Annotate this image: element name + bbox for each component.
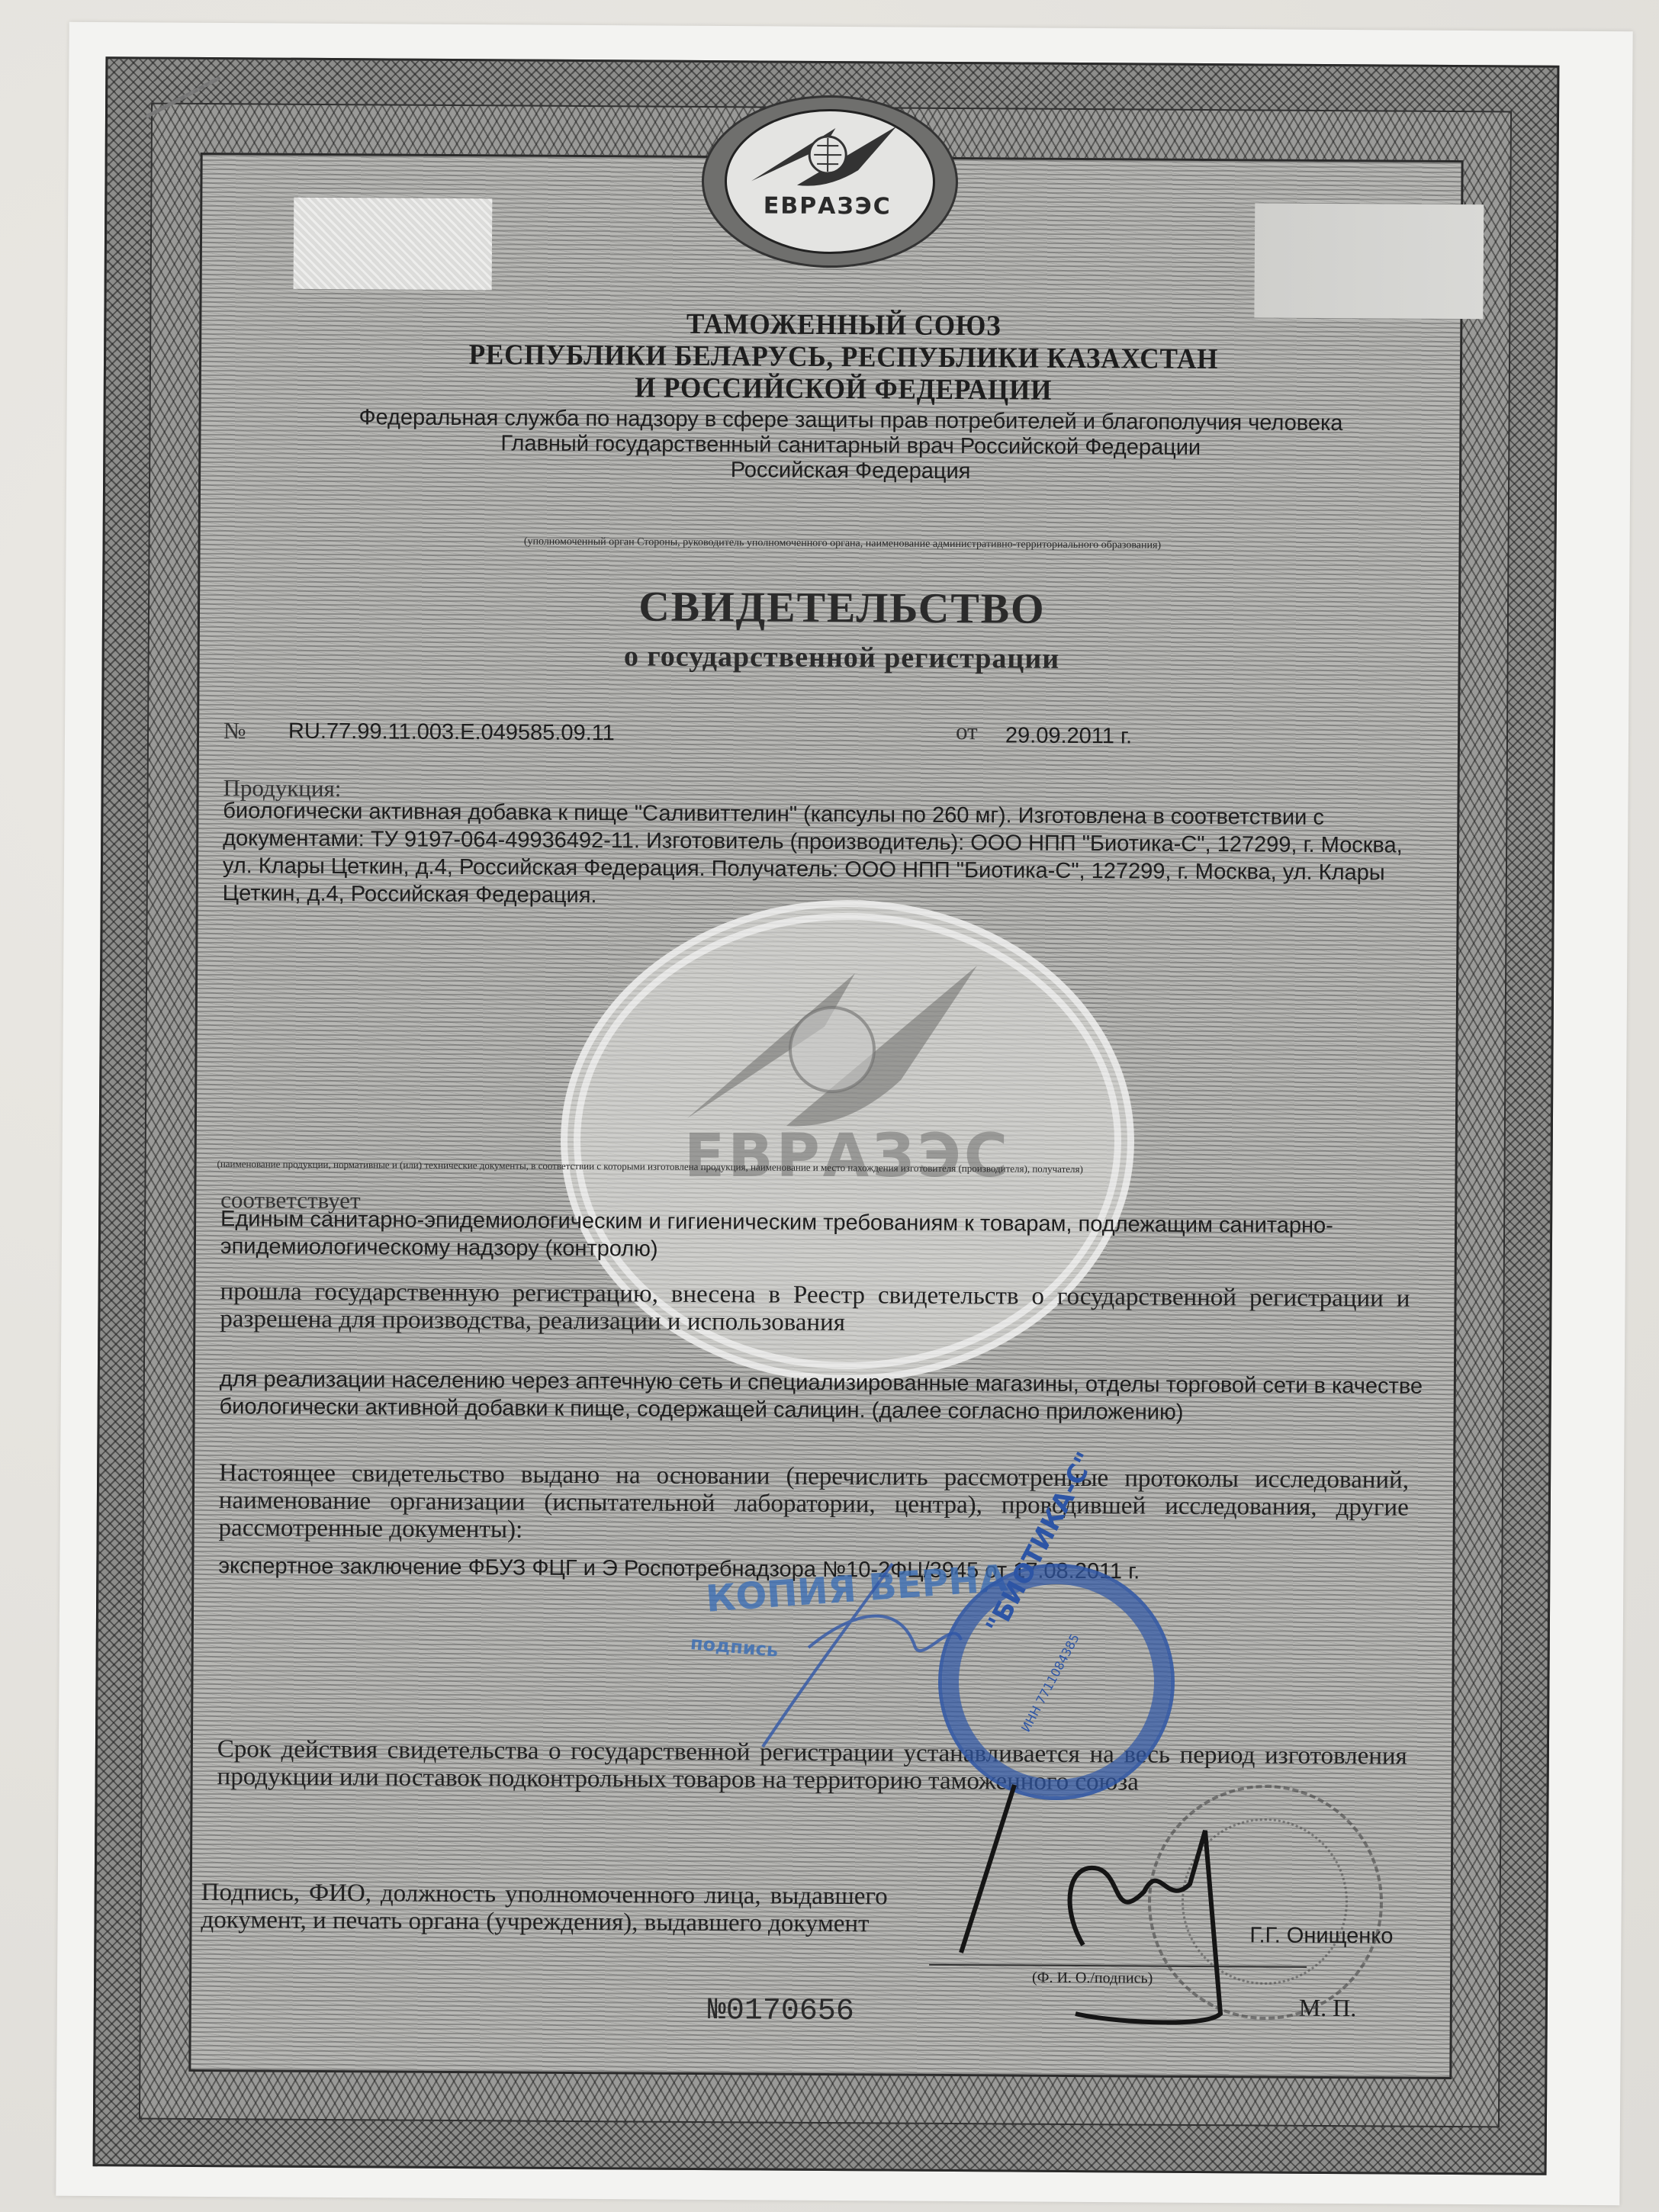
signatures-layer	[0, 0, 1659, 2212]
blue-signature	[763, 1564, 961, 1747]
black-signature	[961, 1785, 1220, 2023]
